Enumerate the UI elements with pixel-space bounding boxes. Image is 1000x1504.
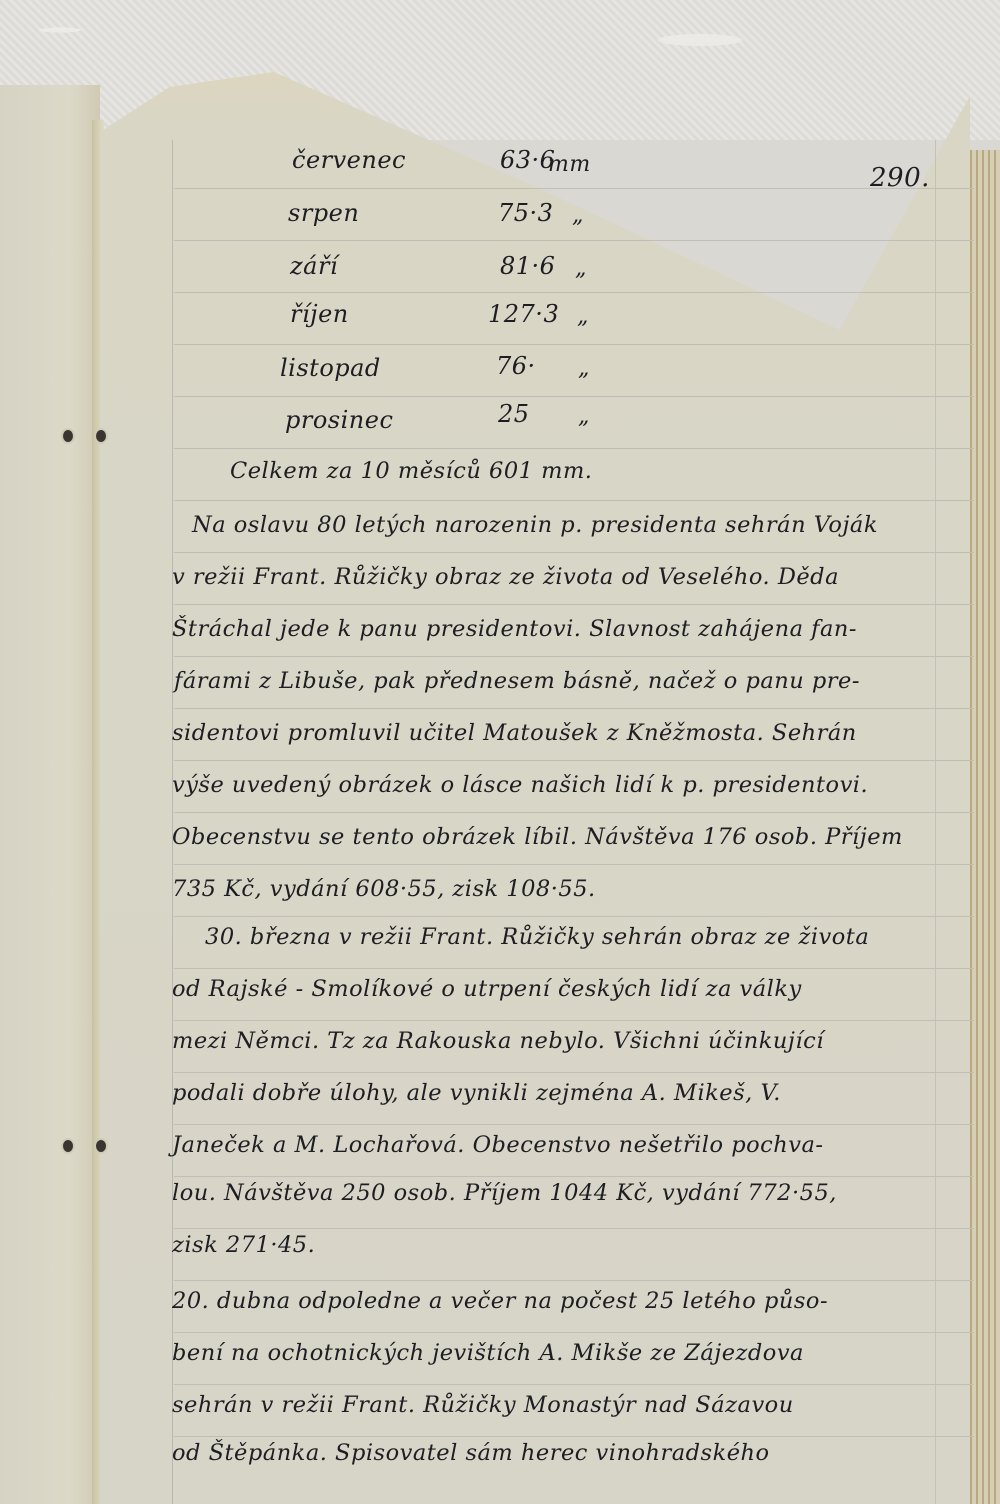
binding-hole bbox=[63, 430, 73, 442]
ruled-line bbox=[174, 656, 974, 657]
rainfall-unit: „ bbox=[577, 304, 589, 329]
rainfall-value: 25 bbox=[498, 400, 530, 428]
binding-hole bbox=[63, 1140, 73, 1152]
ruled-line bbox=[174, 344, 974, 345]
text-line: lou. Návštěva 250 osob. Příjem 1044 Kč, … bbox=[172, 1180, 837, 1206]
rainfall-value: 81·6 bbox=[500, 252, 555, 280]
ruled-line bbox=[174, 1228, 974, 1229]
ruled-line bbox=[174, 864, 974, 865]
ruled-line bbox=[174, 812, 974, 813]
text-line: podali dobře úlohy, ale vynikli zejména … bbox=[172, 1080, 781, 1106]
ruled-line bbox=[174, 292, 974, 293]
text-line: sidentovi promluvil učitel Matoušek z Kn… bbox=[172, 720, 857, 746]
ruled-line bbox=[174, 188, 974, 189]
page-number: 290. bbox=[870, 163, 930, 193]
ruled-line bbox=[174, 604, 974, 605]
rainfall-unit: „ bbox=[578, 404, 590, 429]
text-line: 30. března v režii Frant. Růžičky sehrán… bbox=[205, 924, 869, 950]
month-label: prosinec bbox=[285, 406, 393, 434]
ruled-line bbox=[174, 1176, 974, 1177]
ruled-line bbox=[174, 1280, 974, 1281]
text-line: zisk 271·45. bbox=[172, 1232, 315, 1258]
ruled-line bbox=[174, 916, 974, 917]
text-line: fárami z Libuše, pak přednesem básně, na… bbox=[174, 668, 860, 694]
text-line: od Štěpánka. Spisovatel sám herec vinohr… bbox=[172, 1440, 770, 1466]
ruled-line bbox=[174, 1124, 974, 1125]
rainfall-unit: „ bbox=[572, 203, 584, 228]
ruled-line bbox=[174, 760, 974, 761]
month-label: srpen bbox=[288, 199, 359, 227]
rainfall-unit: „ bbox=[578, 356, 590, 381]
ruled-line bbox=[174, 968, 974, 969]
ruled-line bbox=[174, 708, 974, 709]
text-line: v režii Frant. Růžičky obraz ze života o… bbox=[172, 564, 839, 590]
text-line: Na oslavu 80 letých narozenin p. preside… bbox=[192, 512, 878, 538]
text-line: 735 Kč, vydání 608·55, zisk 108·55. bbox=[172, 876, 596, 902]
text-line: Obecenstvu se tento obrázek líbil. Návšt… bbox=[172, 824, 903, 850]
ruled-line bbox=[174, 1436, 974, 1437]
left-page-edge bbox=[0, 85, 100, 1504]
total-line: Celkem za 10 měsíců 601 mm. bbox=[230, 458, 592, 484]
binding-hole bbox=[96, 1140, 106, 1152]
text-line: výše uvedený obrázek o lásce našich lidí… bbox=[172, 772, 868, 798]
ruled-line bbox=[174, 448, 974, 449]
rainfall-unit: „ bbox=[575, 256, 587, 281]
text-line: 20. dubna odpoledne a večer na počest 25… bbox=[172, 1288, 828, 1314]
rainfall-unit: mm bbox=[548, 152, 591, 177]
text-line: bení na ochotnických jevištích A. Mikše … bbox=[172, 1340, 804, 1366]
rainfall-value: 127·3 bbox=[488, 300, 559, 328]
rainfall-value: 76· bbox=[496, 352, 536, 380]
month-label: červenec bbox=[292, 146, 406, 174]
ruled-line bbox=[174, 1072, 974, 1073]
ruled-line bbox=[174, 240, 974, 241]
month-label: září bbox=[290, 252, 338, 280]
text-line: sehrán v režii Frant. Růžičky Monastýr n… bbox=[172, 1392, 794, 1418]
binding-hole bbox=[96, 430, 106, 442]
month-label: listopad bbox=[280, 354, 381, 382]
text-line: Janeček a M. Lochařová. Obecenstvo nešet… bbox=[172, 1132, 823, 1158]
ruled-line bbox=[174, 1384, 974, 1385]
text-line: od Rajské - Smolíkové o utrpení českých … bbox=[172, 976, 802, 1002]
text-line: Štráchal jede k panu presidentovi. Slavn… bbox=[172, 616, 857, 642]
page-stack-edges bbox=[970, 150, 1000, 1504]
ruled-line bbox=[174, 1332, 974, 1333]
month-label: říjen bbox=[290, 300, 349, 328]
ruled-line bbox=[174, 500, 974, 501]
ruled-line bbox=[174, 1020, 974, 1021]
rainfall-value: 75·3 bbox=[498, 199, 553, 227]
ruled-line bbox=[174, 396, 974, 397]
text-line: mezi Němci. Tz za Rakouska nebylo. Všich… bbox=[172, 1028, 824, 1054]
ruled-line bbox=[174, 552, 974, 553]
